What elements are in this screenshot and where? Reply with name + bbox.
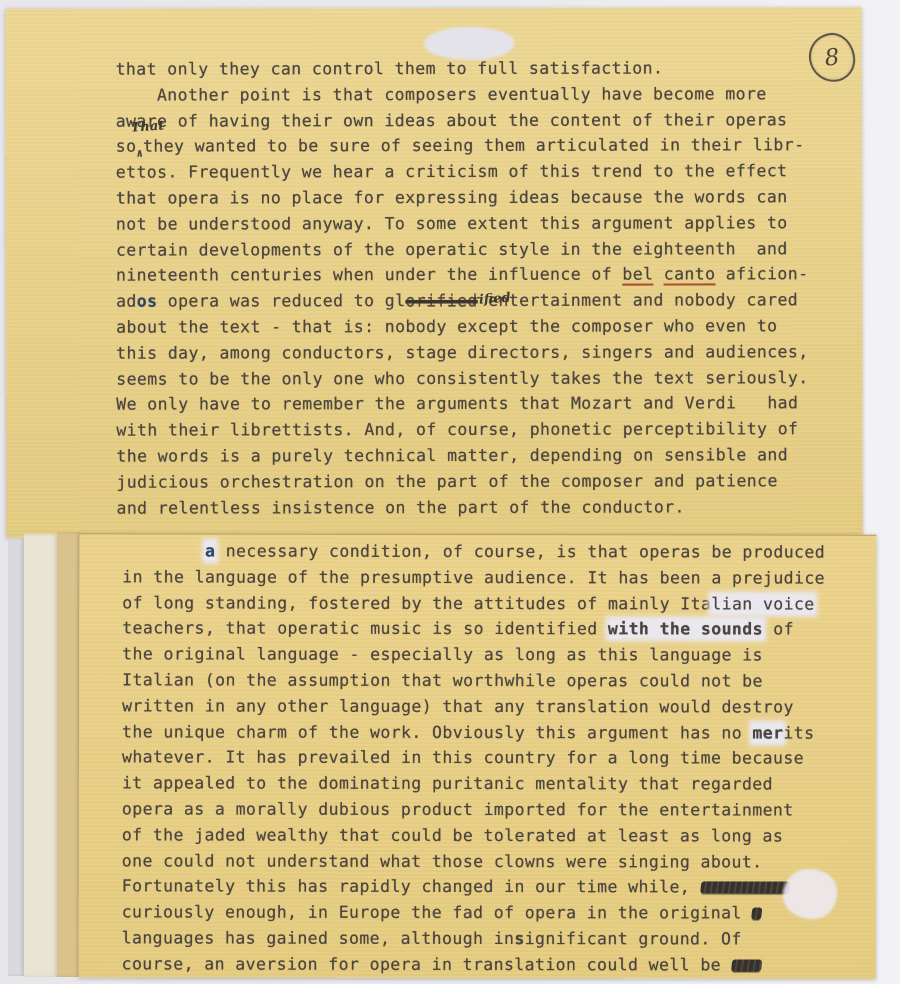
typewritten-line: about the text - that is: nobody except … bbox=[116, 313, 808, 340]
typewritten-line: of long standing, fostered by the attitu… bbox=[122, 590, 825, 617]
typewritten-line: Another point is that composers eventual… bbox=[116, 81, 808, 108]
typewritten-line: curiously enough, in Europe the fad of o… bbox=[122, 900, 825, 927]
typewritten-line: We only have to remember the arguments t… bbox=[116, 391, 808, 418]
paper-strip-tan bbox=[57, 532, 81, 977]
typewritten-line: Fortunately this has rapidly changed in … bbox=[122, 874, 825, 901]
insertion-caret: ∧ bbox=[136, 147, 143, 160]
typewritten-line: written in any other language) that any … bbox=[122, 693, 825, 720]
typewritten-line: one could not understand what those clow… bbox=[122, 848, 825, 875]
paper-fragment-bottom: a necessary condition, of course, is tha… bbox=[79, 533, 877, 978]
typewritten-line: the words is a purely technical matter, … bbox=[116, 442, 808, 469]
typewritten-line: course, an aversion for opera in transla… bbox=[122, 951, 825, 978]
handwritten-correction: rified bbox=[471, 291, 511, 309]
typewritten-line: and relentless insistence on the part of… bbox=[116, 494, 808, 521]
typewritten-line: aware of having their own ideas about th… bbox=[116, 107, 808, 134]
typewritten-line: judicious orchestration on the part of t… bbox=[116, 468, 808, 495]
typewritten-line: Italian (on the assumption that worthwhi… bbox=[122, 667, 825, 694]
typewritten-line: this day, among conductors, stage direct… bbox=[116, 339, 808, 366]
scanned-manuscript-page: that only they can control them to full … bbox=[0, 0, 900, 984]
typewritten-line: with their librettists. And, of course, … bbox=[116, 416, 808, 443]
typewritten-line: certain developments of the operatic sty… bbox=[116, 236, 808, 263]
typewritten-line: the original language - especially as lo… bbox=[122, 642, 825, 669]
typewritten-line: a necessary condition, of course, is tha… bbox=[122, 538, 825, 565]
paper-fragment-top: that only they can control them to full … bbox=[5, 7, 862, 538]
typewritten-text-block-bottom: a necessary condition, of course, is tha… bbox=[122, 538, 825, 978]
blacked-out-word bbox=[731, 959, 762, 971]
typewritten-line: not be understood anyway. To some extent… bbox=[116, 210, 808, 237]
typewritten-line: seems to be the only one who consistentl… bbox=[116, 365, 808, 392]
typewritten-text-block-top: that only they can control them to full … bbox=[116, 55, 809, 521]
typewritten-line: ados opera was reduced to glorifiedrifie… bbox=[116, 287, 808, 314]
typewritten-line: so∧Thatthey wanted to be sure of seeing … bbox=[116, 133, 808, 160]
typewritten-line: whatever. It has prevailed in this count… bbox=[122, 745, 825, 772]
typewritten-line: languages has gained some, although insi… bbox=[122, 925, 825, 952]
typewritten-line: opera as a morally dubious product impor… bbox=[122, 796, 825, 823]
whiteout-blob bbox=[424, 27, 514, 60]
typewritten-line: the unique charm of the work. Obviously … bbox=[122, 719, 825, 746]
typewritten-line: teachers, that operatic music is so iden… bbox=[122, 616, 825, 643]
paper-strip-gray bbox=[8, 538, 24, 976]
typewritten-line: that opera is no place for expressing id… bbox=[116, 184, 808, 211]
typewritten-line: in the language of the presumptive audie… bbox=[122, 564, 825, 591]
blacked-out-word bbox=[700, 882, 791, 894]
handwritten-correction: That bbox=[130, 119, 165, 136]
typewritten-line: it appealed to the dominating puritanic … bbox=[122, 771, 825, 798]
blacked-out-word bbox=[751, 908, 762, 920]
typewritten-line: of the jaded wealthy that could be toler… bbox=[122, 822, 825, 849]
typewritten-line: ettos. Frequently we hear a criticism of… bbox=[116, 158, 808, 185]
page-number: 8 bbox=[823, 44, 840, 71]
typewritten-line: nineteenth centuries when under the infl… bbox=[116, 262, 808, 289]
whiteout-blob bbox=[783, 869, 837, 919]
paper-strip-beige bbox=[24, 534, 57, 977]
